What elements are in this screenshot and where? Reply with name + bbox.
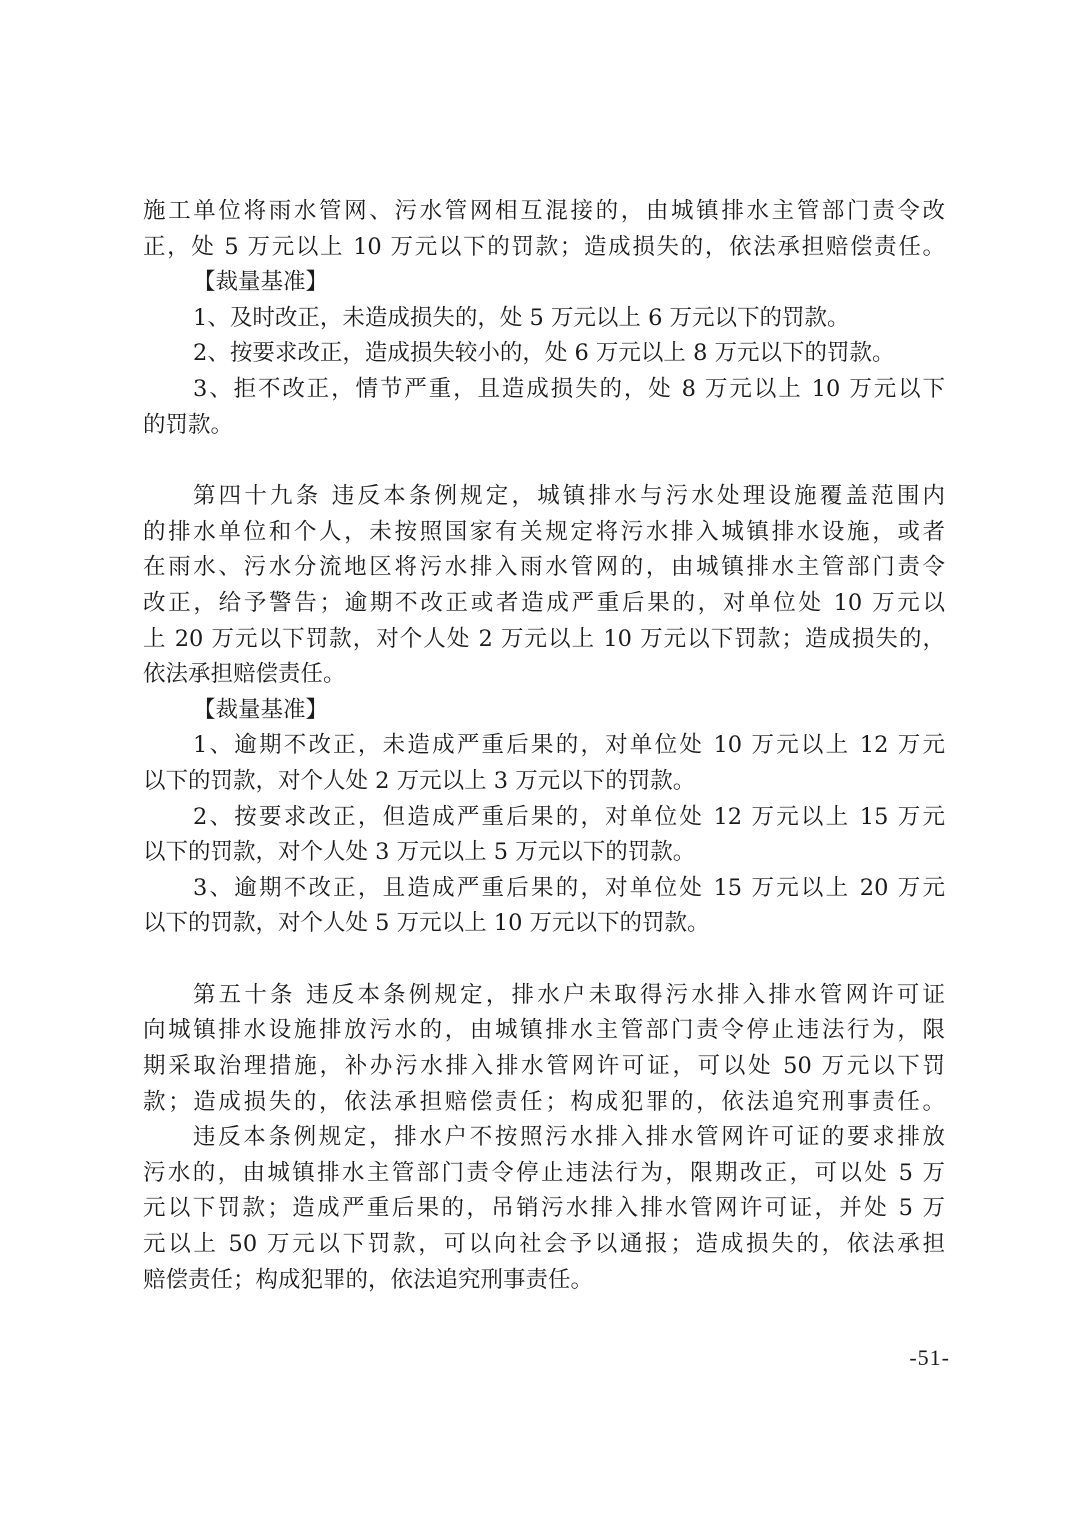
article-50: 第五十条 违反本条例规定，排水户未取得污水排入排水管网许可证 向城镇排水设施排放… — [143, 978, 945, 1120]
text-line: 以下的罚款，对个人处 2 万元以上 3 万元以下的罚款。 — [143, 764, 945, 800]
text-line: 3、拒不改正，情节严重，且造成损失的，处 8 万元以上 10 万元以下 — [143, 372, 945, 408]
paragraph-gap — [143, 443, 945, 479]
text-line: 施工单位将雨水管网、污水管网相互混接的，由城镇排水主管部门责令改 — [143, 194, 945, 230]
text-line: 1、逾期不改正，未造成严重后果的，对单位处 10 万元以上 12 万元 — [143, 728, 945, 764]
text-line: 元以上 50 万元以下罚款，可以向社会予以通报；造成损失的，依法承担 — [143, 1227, 945, 1263]
text-line: 第五十条 违反本条例规定，排水户未取得污水排入排水管网许可证 — [143, 978, 945, 1014]
article-50-paragraph-2: 违反本条例规定，排水户不按照污水排入排水管网许可证的要求排放 污水的，由城镇排水… — [143, 1120, 945, 1298]
standard-item-3: 3、拒不改正，情节严重，且造成损失的，处 8 万元以上 10 万元以下 的罚款。 — [143, 372, 945, 443]
article-48-continuation: 施工单位将雨水管网、污水管网相互混接的，由城镇排水主管部门责令改 正，处 5 万… — [143, 194, 945, 265]
discretion-standard-heading: 【裁量基准】 — [143, 693, 945, 729]
text-line: 元以下罚款；造成严重后果的，吊销污水排入排水管网许可证，并处 5 万 — [143, 1191, 945, 1227]
text-line: 污水的，由城镇排水主管部门责令停止违法行为，限期改正，可以处 5 万 — [143, 1156, 945, 1192]
text-line: 第四十九条 违反本条例规定，城镇排水与污水处理设施覆盖范围内 — [143, 479, 945, 515]
article-49: 第四十九条 违反本条例规定，城镇排水与污水处理设施覆盖范围内 的排水单位和个人，… — [143, 479, 945, 693]
text-line: 向城镇排水设施排放污水的，由城镇排水主管部门责令停止违法行为，限 — [143, 1013, 945, 1049]
text-line: 依法承担赔偿责任。 — [143, 657, 945, 693]
text-line: 正，处 5 万元以上 10 万元以下的罚款；造成损失的，依法承担赔偿责任。 — [143, 230, 945, 266]
text-line: 期采取治理措施，补办污水排入排水管网许可证，可以处 50 万元以下罚 — [143, 1049, 945, 1085]
paragraph-gap — [143, 942, 945, 978]
text-line: 款；造成损失的，依法承担赔偿责任；构成犯罪的，依法追究刑事责任。 — [143, 1085, 945, 1121]
document-page: 施工单位将雨水管网、污水管网相互混接的，由城镇排水主管部门责令改 正，处 5 万… — [143, 194, 945, 1298]
discretion-standard-heading: 【裁量基准】 — [143, 265, 945, 301]
text-line: 改正，给予警告；逾期不改正或者造成严重后果的，对单位处 10 万元以 — [143, 586, 945, 622]
text-line: 赔偿责任；构成犯罪的，依法追究刑事责任。 — [143, 1263, 945, 1299]
text-line: 以下的罚款，对个人处 3 万元以上 5 万元以下的罚款。 — [143, 835, 945, 871]
text-line: 的罚款。 — [143, 408, 945, 444]
text-line: 在雨水、污水分流地区将污水排入雨水管网的，由城镇排水主管部门责令 — [143, 550, 945, 586]
text-line: 违反本条例规定，排水户不按照污水排入排水管网许可证的要求排放 — [143, 1120, 945, 1156]
page-number: -51- — [870, 1340, 950, 1376]
standard-item-3: 3、逾期不改正，且造成严重后果的，对单位处 15 万元以上 20 万元 以下的罚… — [143, 871, 945, 942]
text-line: 3、逾期不改正，且造成严重后果的，对单位处 15 万元以上 20 万元 — [143, 871, 945, 907]
standard-item-1: 1、逾期不改正，未造成严重后果的，对单位处 10 万元以上 12 万元 以下的罚… — [143, 728, 945, 799]
text-line: 以下的罚款，对个人处 5 万元以上 10 万元以下的罚款。 — [143, 906, 945, 942]
text-line: 的排水单位和个人，未按照国家有关规定将污水排入城镇排水设施，或者 — [143, 515, 945, 551]
standard-item-2: 2、按要求改正，但造成严重后果的，对单位处 12 万元以上 15 万元 以下的罚… — [143, 800, 945, 871]
text-line: 上 20 万元以下罚款，对个人处 2 万元以上 10 万元以下罚款；造成损失的， — [143, 622, 945, 658]
standard-item-2: 2、按要求改正，造成损失较小的，处 6 万元以上 8 万元以下的罚款。 — [143, 336, 945, 372]
standard-item-1: 1、及时改正，未造成损失的，处 5 万元以上 6 万元以下的罚款。 — [143, 301, 945, 337]
text-line: 2、按要求改正，但造成严重后果的，对单位处 12 万元以上 15 万元 — [143, 800, 945, 836]
